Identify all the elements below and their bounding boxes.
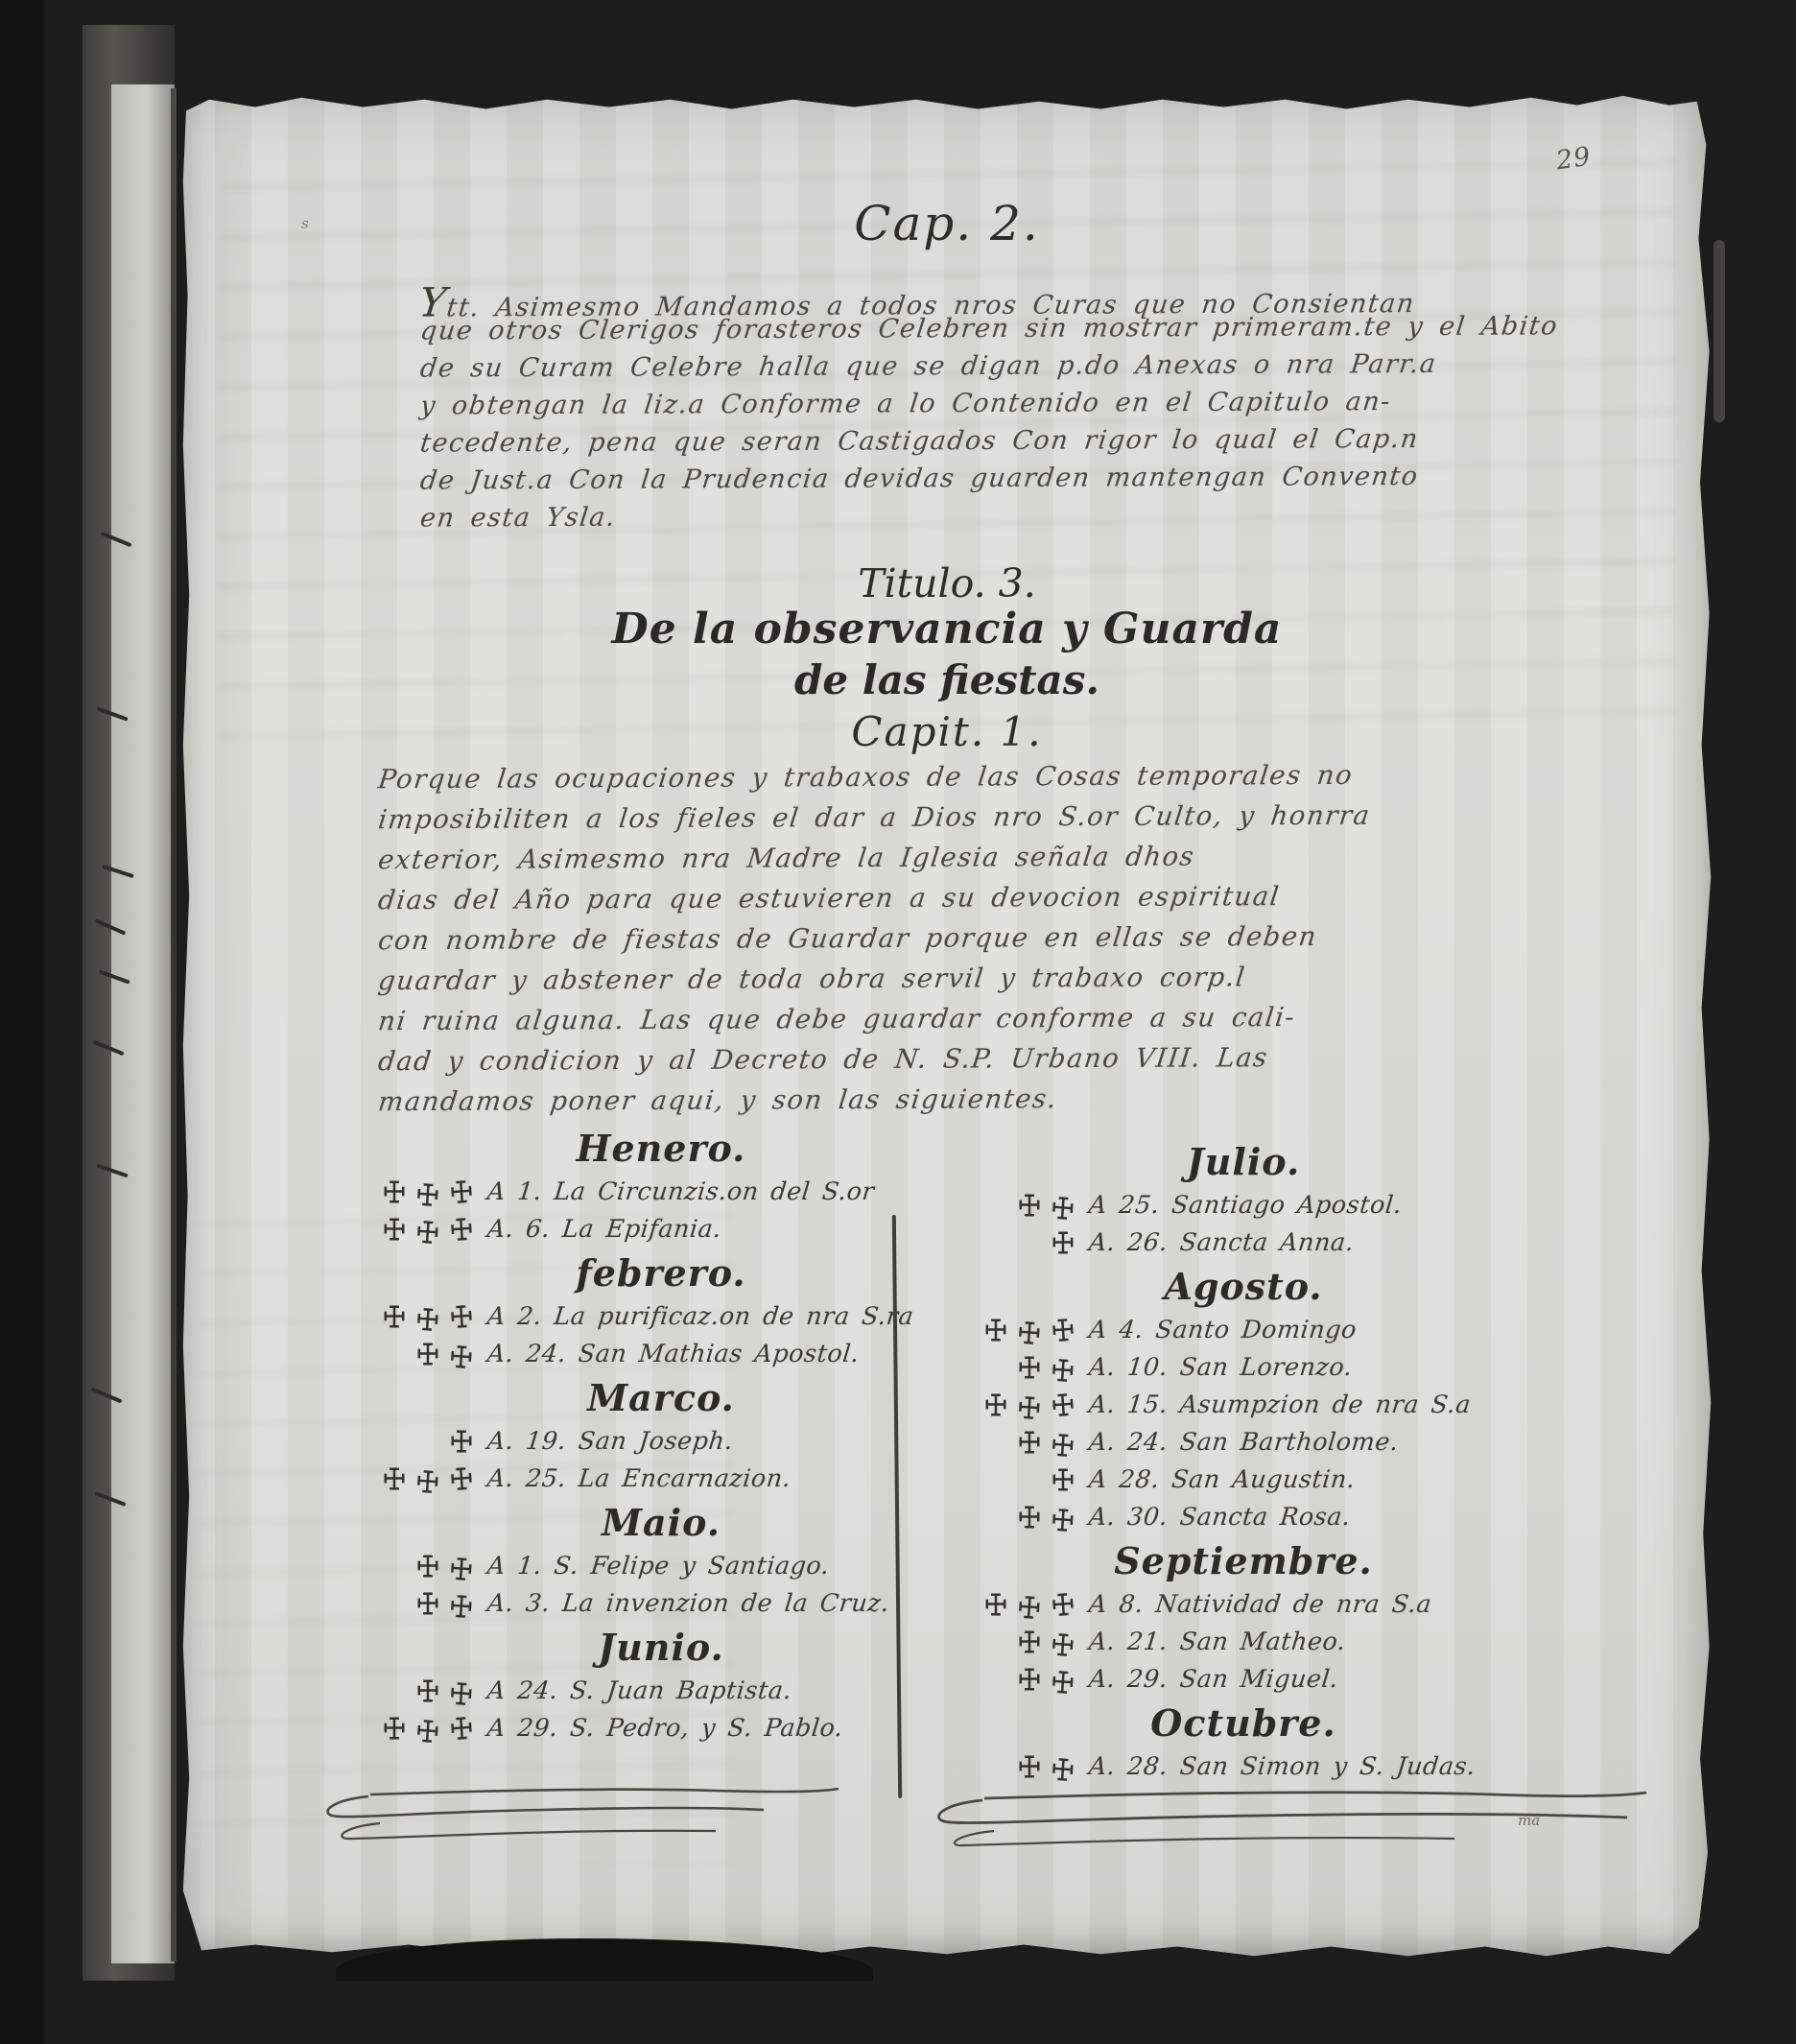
cross-potent-icon [415,1552,440,1581]
paragraph-cap2: Ytt. Asimesmo Mandamos a todos nros Cura… [420,276,1557,538]
manuscript-page: s 29 Cap. 2. Ytt. Asimesmo Mandamos a to… [178,88,1715,1965]
cross-potent-icon [1051,1228,1075,1257]
cross-potent-icon [415,1676,440,1705]
cross-potent-icon [1050,1315,1076,1345]
cross-potent-icon [983,1390,1008,1419]
feast-day-text: A 28. San Augustin. [1087,1465,1357,1494]
page-edge-highlight [1713,240,1725,422]
feast-day-entry: A. 28. San Simon y S. Judas. [908,1747,1579,1785]
cross-potent-icon [382,1714,407,1743]
chapter-heading: Cap. 2. [178,196,1715,251]
cross-potent-icon [1017,1191,1042,1220]
month-heading: Agosto. [908,1265,1579,1309]
cross-potent-icon [414,1716,441,1747]
manuscript-line: de Just.a Con la Prudencia devidas guard… [417,461,1559,503]
manuscript-scan: s 29 Cap. 2. Ytt. Asimesmo Mandamos a to… [0,0,1796,2044]
manuscript-line: imposibiliten a los fieles el dar a Dios… [375,800,1372,845]
observancia-heading-line2: de las fiestas. [178,656,1715,703]
feast-day-text: A 29. S. Pedro, y S. Pablo. [485,1714,844,1743]
binding-gutter-line [171,88,177,1961]
feast-day-text: A. 3. La invenzion de la Cruz. [485,1589,890,1618]
cross-marks [908,1316,1075,1344]
cross-potent-icon [448,1713,475,1744]
feast-day-entry: A. 15. Asumpzion de nra S.a [908,1386,1579,1423]
manuscript-line: ni ruina alguna. Las que debe guardar co… [375,1002,1372,1047]
capitulo-heading: Capit. 1. [178,708,1715,755]
feast-day-text: A. 10. San Lorenzo. [1087,1353,1354,1382]
folio-number: 29 [1554,142,1593,177]
feast-day-text: A 2. La purificaz.on de nra S.ra [485,1302,914,1331]
cross-marks [908,1390,1075,1419]
manuscript-line: guardar y abstener de toda obra servil y… [375,962,1372,1007]
feast-day-text: A 8. Natividad de nra S.a [1087,1590,1432,1619]
feast-day-text: A. 30. Sancta Rosa. [1087,1503,1352,1532]
manuscript-line: exterior, Asimesmo nra Madre la Iglesia … [375,841,1372,886]
catchword: ma [1518,1812,1540,1829]
cross-potent-icon [382,1215,407,1244]
feast-day-text: A. 29. San Miguel. [1087,1665,1339,1694]
manuscript-line: Porque las ocupaciones y trabaxos de las… [375,760,1372,805]
feast-day-text: A 1. La Circunzis.on del S.or [485,1177,875,1206]
cross-marks [292,1464,474,1493]
feast-day-text: A 4. Santo Domingo [1087,1316,1358,1344]
cross-potent-icon [983,1316,1008,1344]
cross-potent-icon [1016,1392,1043,1423]
feast-day-text: A. 15. Asumpzion de nra S.a [1087,1390,1472,1419]
cross-marks [908,1628,1075,1656]
cross-marks [908,1353,1075,1382]
cross-potent-icon [415,1340,440,1368]
feast-day-text: A. 19. San Joseph. [485,1427,734,1456]
cross-potent-icon [414,1466,441,1497]
cross-potent-icon [1017,1665,1042,1694]
cross-marks [292,1676,474,1705]
cross-potent-icon [1016,1592,1043,1623]
manuscript-line: con nombre de fiestas de Guardar porque … [375,921,1372,966]
previous-folio-edge [111,84,175,1963]
feast-day-entry: A. 10. San Lorenzo. [908,1348,1579,1386]
cross-marks [292,1552,474,1581]
manuscript-line: dad y condicion y al Decreto de N. S.P. … [375,1042,1372,1087]
manuscript-line: dias del Año para que estuvieren a su de… [375,881,1372,926]
cross-marks [292,1340,474,1368]
cross-potent-icon [1050,1355,1076,1386]
cross-potent-icon [448,1591,475,1622]
feast-day-entry: A. 26. Sancta Anna. [908,1224,1579,1261]
cross-potent-icon [1050,1629,1076,1660]
feast-day-entry: A 4. Santo Domingo [908,1311,1579,1348]
manuscript-line: y obtengan la liz.a Conforme a lo Conten… [417,386,1559,428]
cross-potent-icon [1050,1193,1076,1224]
feast-day-text: A. 21. San Matheo. [1087,1628,1347,1656]
cross-potent-icon [1017,1353,1042,1382]
feast-day-entry: A 28. San Augustin. [908,1461,1579,1498]
feast-day-entry: A 25. Santiago Apostol. [908,1186,1579,1224]
cross-potent-icon [448,1554,475,1584]
cross-potent-icon [449,1427,474,1456]
cross-potent-icon [414,1217,441,1248]
cross-marks [292,1215,474,1244]
month-heading: Julio. [908,1140,1579,1184]
month-heading: Septiembre. [908,1539,1579,1583]
manuscript-line: que otros Clerigos forasteros Celebren s… [417,311,1559,353]
cross-potent-icon [448,1678,475,1709]
cross-potent-icon [415,1589,440,1618]
cross-potent-icon [1017,1628,1042,1656]
cross-potent-icon [414,1179,441,1210]
cross-potent-icon [1017,1428,1042,1457]
cross-potent-icon [448,1301,475,1332]
month-heading: Octubre. [908,1701,1579,1746]
cross-marks [908,1465,1075,1494]
cross-marks [292,1589,474,1618]
cross-potent-icon [1050,1505,1076,1535]
feast-day-entry: A. 30. Sancta Rosa. [908,1498,1579,1535]
cross-marks [908,1228,1075,1257]
feast-day-text: A. 24. San Bartholome. [1087,1428,1400,1457]
cross-potent-icon [448,1342,475,1372]
cross-marks [292,1302,474,1331]
cross-potent-icon [382,1177,407,1206]
cross-marks [908,1191,1075,1220]
cross-potent-icon [1050,1390,1076,1420]
manuscript-line: Ytt. Asimesmo Mandamos a todos nros Cura… [417,273,1559,316]
scanner-background-band [0,0,44,2044]
cross-potent-icon [983,1590,1008,1619]
cross-marks [292,1427,474,1456]
feast-day-entry: A. 24. San Bartholome. [908,1423,1579,1461]
cross-marks [908,1428,1075,1457]
cross-potent-icon [1050,1667,1076,1698]
cross-marks [908,1665,1075,1694]
manuscript-line: de su Curam Celebre halla que se digan p… [417,348,1559,391]
cross-marks [908,1503,1075,1532]
cross-potent-icon [1016,1318,1043,1348]
feast-day-entry: A 8. Natividad de nra S.a [908,1585,1579,1623]
feast-day-entry: A. 21. San Matheo. [908,1623,1579,1660]
cross-potent-icon [1050,1589,1076,1620]
feast-day-text: A 25. Santiago Apostol. [1087,1191,1403,1220]
feast-day-entry: A. 29. San Miguel. [908,1660,1579,1698]
calendar-column-right: Julio.A 25. Santiago Apostol.A. 26. Sanc… [908,1136,1579,1785]
cross-potent-icon [1050,1754,1076,1785]
cross-potent-icon [1017,1503,1042,1532]
manuscript-line: mandamos poner aqui, y son las siguiente… [375,1082,1372,1128]
feast-day-text: A. 26. Sancta Anna. [1087,1228,1355,1257]
feast-day-text: A. 25. La Encarnazion. [485,1464,792,1493]
observancia-heading-line1: De la observancia y Guarda [178,605,1715,654]
cross-marks [292,1714,474,1743]
cross-potent-icon [1051,1465,1075,1494]
cross-potent-icon [1050,1430,1076,1461]
cross-marks [908,1590,1075,1619]
feast-day-text: A. 28. San Simon y S. Judas. [1087,1752,1477,1781]
cross-potent-icon [414,1304,441,1335]
cross-potent-icon [382,1464,407,1493]
manuscript-line: tecedente, pena que seran Castigados Con… [417,423,1559,465]
cross-potent-icon [1017,1752,1042,1781]
titulo-heading: Titulo. 3. [178,560,1715,606]
feast-day-text: A. 24. San Mathias Apostol. [485,1340,861,1368]
flourish-rule [917,1785,1675,1852]
cross-marks [908,1752,1075,1781]
cross-potent-icon [448,1463,475,1494]
manuscript-line: en esta Ysla. [417,498,1559,540]
cross-potent-icon [448,1176,475,1207]
flourish-rule [313,1779,869,1846]
cross-potent-icon [382,1302,407,1331]
feast-day-text: A. 6. La Epifania. [485,1215,722,1244]
paragraph-capit1: Porque las ocupaciones y trabaxos de las… [378,762,1370,1125]
feast-day-text: A 1. S. Felipe y Santiago. [485,1552,831,1581]
feast-day-text: A 24. S. Juan Baptista. [485,1676,792,1705]
cross-potent-icon [448,1214,475,1245]
cross-marks [292,1177,474,1206]
